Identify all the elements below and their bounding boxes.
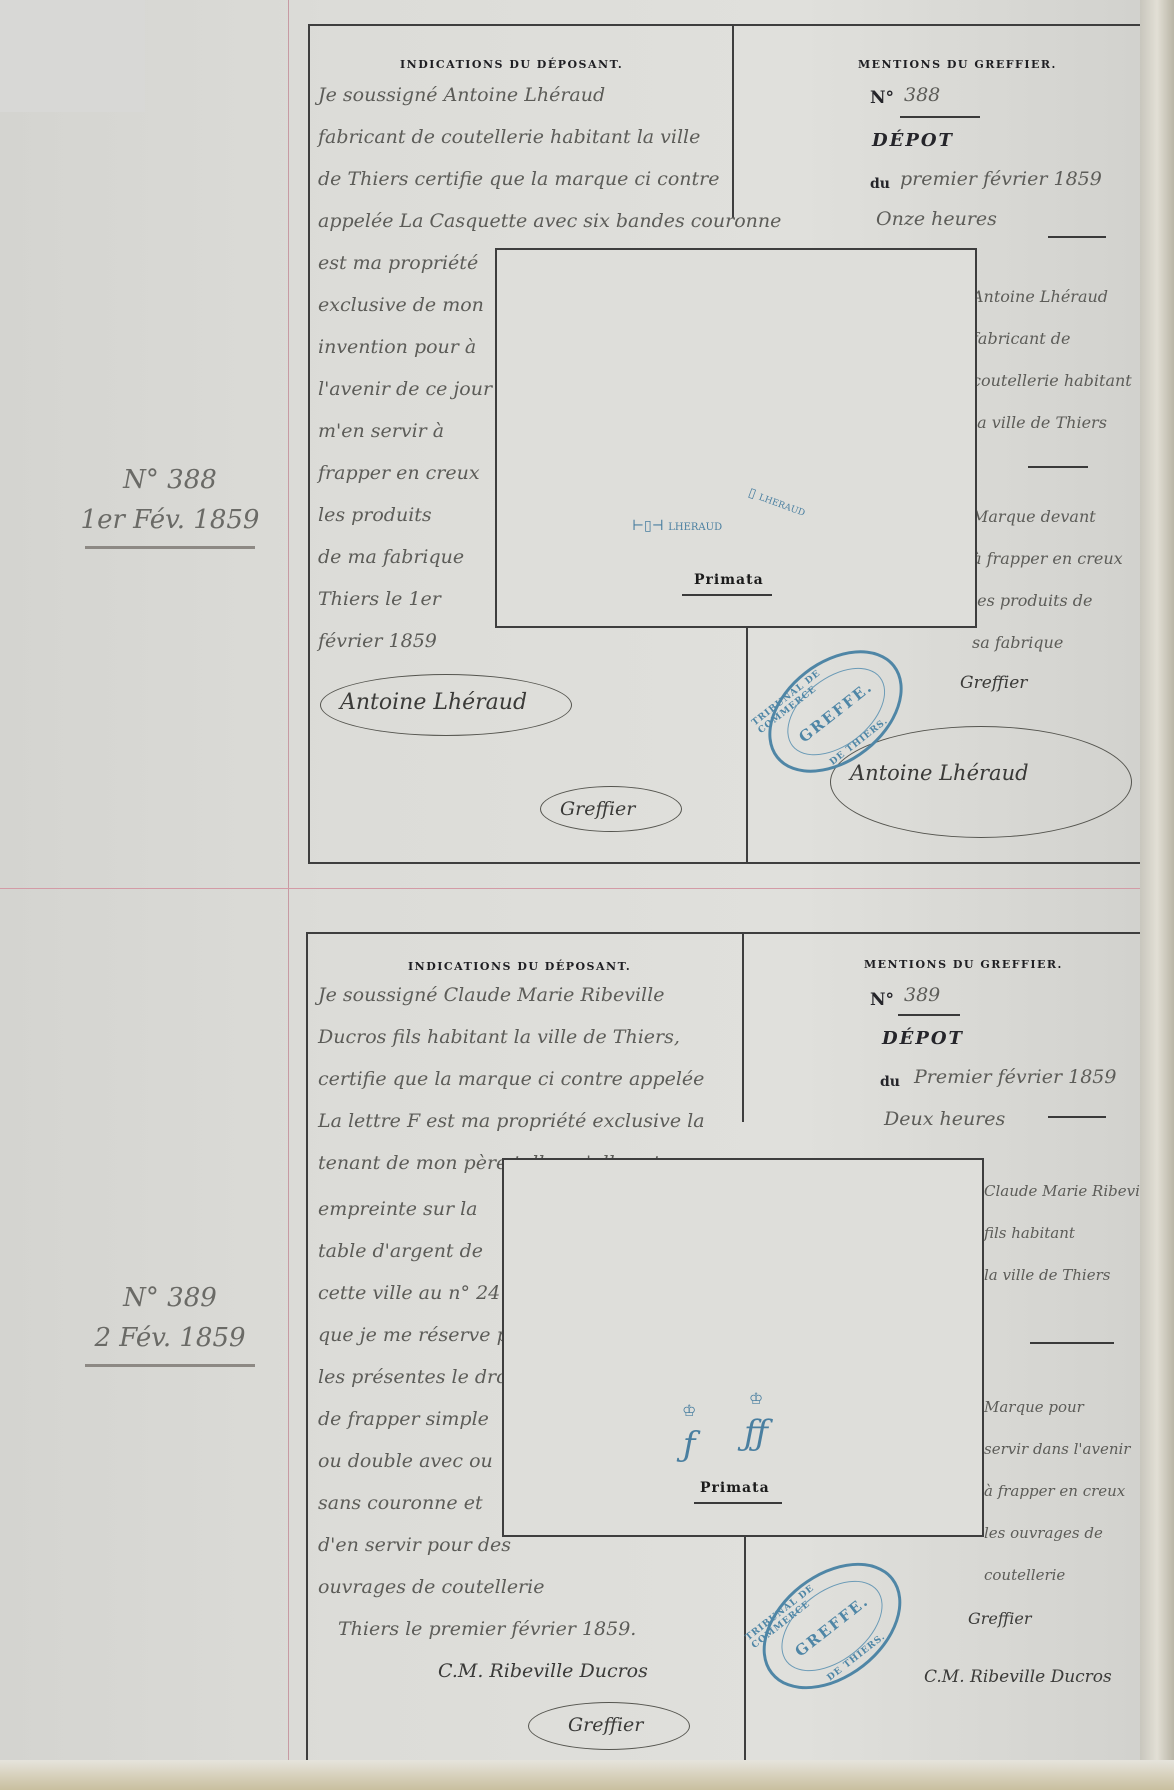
deposit-date: premier février 1859 bbox=[900, 158, 1102, 200]
column-divider-bottom bbox=[746, 626, 748, 862]
deposant-line: l'avenir de ce jour bbox=[318, 368, 492, 410]
number-label: N° bbox=[870, 990, 894, 1010]
scan-artifact bbox=[0, 0, 145, 112]
deposant-line: empreinte sur la bbox=[318, 1188, 478, 1230]
deposant-line: La lettre F est ma propriété exclusive l… bbox=[318, 1100, 705, 1142]
greffier-side-line: coutellerie bbox=[984, 1554, 1065, 1596]
margin-underline bbox=[85, 546, 255, 549]
greffier-side-line: à frapper en creux bbox=[972, 538, 1123, 580]
deposant-line: appelée La Casquette avec six bandes cou… bbox=[318, 200, 781, 242]
greffier-side-line: les ouvrages de bbox=[984, 1512, 1103, 1554]
greffier-side-line: Claude Marie Ribeville bbox=[984, 1170, 1158, 1212]
side-separator bbox=[1028, 466, 1088, 468]
deposit-number: 388 bbox=[904, 74, 940, 116]
column-divider-top bbox=[742, 934, 744, 1122]
greffier-side-line: servir dans l'avenir bbox=[984, 1428, 1130, 1470]
book-gutter bbox=[1140, 0, 1174, 1790]
deposant-line: d'en servir pour des bbox=[318, 1524, 511, 1566]
mark-name-underline bbox=[682, 594, 772, 596]
greffier-side-line: la ville de Thiers bbox=[984, 1254, 1110, 1296]
greffier-clerk-signature: Greffier bbox=[960, 662, 1027, 704]
deposant-line: m'en servir à bbox=[318, 410, 444, 452]
deposant-line: fabricant de coutellerie habitant la vil… bbox=[318, 116, 700, 158]
deposant-header: INDICATIONS DU DÉPOSANT. bbox=[400, 58, 623, 71]
margin-number: N° 389 bbox=[70, 1278, 270, 1318]
page-bottom-edge bbox=[0, 1760, 1174, 1790]
column-divider-bottom bbox=[744, 1530, 746, 1760]
deposant-line: est ma propriété bbox=[318, 242, 478, 284]
deposant-line: sans couronne et bbox=[318, 1482, 483, 1524]
greffier-side-line: la ville de Thiers bbox=[972, 402, 1107, 444]
court-stamp: TRIBUNAL DE COMMERCE GREFFE. DE THIERS. bbox=[739, 1537, 926, 1715]
mark-name-underline bbox=[694, 1502, 782, 1504]
lheraud-imprint-icon: ⊢▯⊣ LHERAUD bbox=[632, 518, 722, 534]
deposant-line: de frapper simple bbox=[318, 1398, 489, 1440]
du-label: du bbox=[870, 176, 890, 192]
deposant-line: Je soussigné Claude Marie Ribeville bbox=[318, 974, 664, 1016]
deposant-line: ouvrages de coutellerie bbox=[318, 1566, 544, 1608]
register-page: N° 388 1er Fév. 1859 INDICATIONS DU DÉPO… bbox=[0, 0, 1140, 1790]
deposant-line: cette ville au n° 24 bbox=[318, 1272, 500, 1314]
margin-date: 1er Fév. 1859 bbox=[70, 500, 270, 540]
deposant-line: février 1859 bbox=[318, 620, 437, 662]
deposit-hour: Onze heures bbox=[876, 198, 997, 240]
margin-note-record-2: N° 389 2 Fév. 1859 bbox=[70, 1278, 270, 1367]
greffier-side-line: Antoine Lhéraud bbox=[972, 276, 1108, 318]
deposant-line: Ducros fils habitant la ville de Thiers, bbox=[318, 1016, 680, 1058]
du-label: du bbox=[880, 1074, 900, 1090]
mark-box-389: ♔ƒ ♔ƒƒ Primata bbox=[502, 1158, 984, 1537]
hour-underline bbox=[1048, 236, 1106, 238]
hour-underline bbox=[1048, 1116, 1106, 1118]
column-divider-top bbox=[732, 26, 734, 218]
greffier-header: MENTIONS DU GREFFIER. bbox=[858, 58, 1057, 71]
deposit-hour: Deux heures bbox=[884, 1098, 1005, 1140]
mark-name: Primata bbox=[694, 572, 764, 588]
deposant-line: Thiers le 1er bbox=[318, 578, 441, 620]
lheraud-imprint-rotated-icon: ▯ LHERAUD bbox=[746, 485, 807, 520]
depot-label: DÉPOT bbox=[882, 1028, 964, 1049]
greffier-side-line: les produits de bbox=[972, 580, 1093, 622]
greffier-header: MENTIONS DU GREFFIER. bbox=[864, 958, 1063, 971]
greffier-side-line: Marque pour bbox=[984, 1386, 1084, 1428]
number-underline bbox=[900, 116, 980, 118]
mark-name: Primata bbox=[700, 1480, 770, 1496]
deposant-line: invention pour à bbox=[318, 326, 476, 368]
deposant-closing-line: Thiers le premier février 1859. bbox=[338, 1608, 636, 1650]
deposant-line: les produits bbox=[318, 494, 432, 536]
deposit-date: Premier février 1859 bbox=[914, 1056, 1116, 1098]
margin-rule bbox=[288, 0, 289, 1790]
clerk-signature: Greffier bbox=[560, 788, 635, 830]
greffier-depositor-signature: Antoine Lhéraud bbox=[850, 752, 1029, 794]
deposant-line: certifie que la marque ci contre appelée bbox=[318, 1058, 704, 1100]
greffier-side-line: Marque devant bbox=[972, 496, 1096, 538]
deposant-line: frapper en creux bbox=[318, 452, 480, 494]
greffier-side-line: fabricant de bbox=[972, 318, 1071, 360]
margin-date: 2 Fév. 1859 bbox=[70, 1318, 270, 1358]
number-label: N° bbox=[870, 88, 894, 108]
deposant-line: de ma fabrique bbox=[318, 536, 464, 578]
deposant-line: les présentes le droit bbox=[318, 1356, 521, 1398]
greffier-side-line: à frapper en creux bbox=[984, 1470, 1125, 1512]
margin-underline bbox=[85, 1364, 255, 1367]
deposant-line: de Thiers certifie que la marque ci cont… bbox=[318, 158, 719, 200]
number-underline bbox=[898, 1014, 960, 1016]
deposant-header: INDICATIONS DU DÉPOSANT. bbox=[408, 960, 631, 973]
crowned-ff-mark-icon: ♔ƒƒ bbox=[744, 1382, 768, 1450]
mark-box-388: ⊢▯⊣ LHERAUD ▯ LHERAUD Primata bbox=[495, 248, 977, 628]
deposit-number: 389 bbox=[904, 974, 940, 1016]
deposant-line: ou double avec ou bbox=[318, 1440, 493, 1482]
deposant-line: exclusive de mon bbox=[318, 284, 484, 326]
depot-label: DÉPOT bbox=[872, 130, 954, 151]
side-separator bbox=[1030, 1342, 1114, 1344]
depositor-signature: C.M. Ribeville Ducros bbox=[438, 1650, 648, 1692]
depositor-signature: Antoine Lhéraud bbox=[340, 682, 527, 724]
greffier-side-line: fils habitant bbox=[984, 1212, 1075, 1254]
clerk-signature: Greffier bbox=[568, 1704, 643, 1746]
record-separator-rule bbox=[0, 888, 1140, 889]
greffier-side-line: sa fabrique bbox=[972, 622, 1063, 664]
crowned-f-mark-icon: ♔ƒ bbox=[682, 1394, 696, 1462]
greffier-side-line: coutellerie habitant bbox=[972, 360, 1132, 402]
margin-note-record-1: N° 388 1er Fév. 1859 bbox=[70, 460, 270, 549]
greffier-clerk-signature: Greffier bbox=[968, 1598, 1031, 1640]
greffier-depositor-signature: C.M. Ribeville Ducros bbox=[924, 1656, 1112, 1698]
margin-number: N° 388 bbox=[70, 460, 270, 500]
deposant-line: table d'argent de bbox=[318, 1230, 483, 1272]
deposant-line: Je soussigné Antoine Lhéraud bbox=[318, 74, 605, 116]
